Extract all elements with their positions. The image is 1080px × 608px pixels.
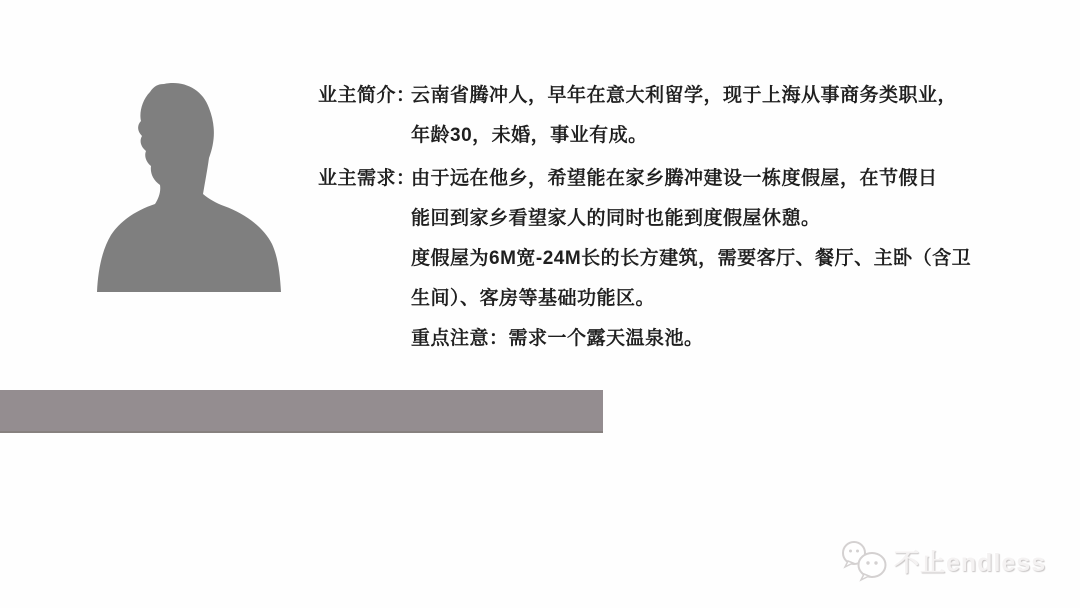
watermark-text: 不止endless <box>894 543 1046 579</box>
section-label: 业主简介： <box>318 76 411 116</box>
section-content: 由于远在他乡，希望能在家乡腾冲建设一栋度假屋，在节假日能回到家乡看望家人的同时也… <box>411 159 971 359</box>
text-line: 生间）、客房等基础功能区。 <box>411 279 971 319</box>
section-label: 业主需求： <box>318 159 411 199</box>
brief-text-block: 业主简介： 云南省腾冲人，早年在意大利留学，现于上海从事商务类职业，年龄30，未… <box>318 76 958 359</box>
text-line: 度假屋为6M宽-24M长的长方建筑，需要客厅、餐厅、主卧（含卫 <box>411 239 971 279</box>
watermark: 不止endless <box>840 540 1046 582</box>
section-owner-profile: 业主简介： 云南省腾冲人，早年在意大利留学，现于上海从事商务类职业，年龄30，未… <box>318 76 958 156</box>
section-owner-needs: 业主需求： 由于远在他乡，希望能在家乡腾冲建设一栋度假屋，在节假日能回到家乡看望… <box>318 159 958 359</box>
divider-bar <box>0 390 603 433</box>
text-line: 由于远在他乡，希望能在家乡腾冲建设一栋度假屋，在节假日 <box>411 159 971 199</box>
slide: 业主简介： 云南省腾冲人，早年在意大利留学，现于上海从事商务类职业，年龄30，未… <box>0 0 1080 608</box>
section-content: 云南省腾冲人，早年在意大利留学，现于上海从事商务类职业，年龄30，未婚，事业有成… <box>411 76 958 156</box>
text-line: 能回到家乡看望家人的同时也能到度假屋休憩。 <box>411 199 971 239</box>
person-silhouette-icon <box>88 82 283 292</box>
text-line: 年龄30，未婚，事业有成。 <box>411 116 958 156</box>
text-line: 云南省腾冲人，早年在意大利留学，现于上海从事商务类职业， <box>411 76 958 116</box>
text-line: 重点注意：需求一个露天温泉池。 <box>411 319 971 359</box>
wechat-icon <box>840 540 890 582</box>
